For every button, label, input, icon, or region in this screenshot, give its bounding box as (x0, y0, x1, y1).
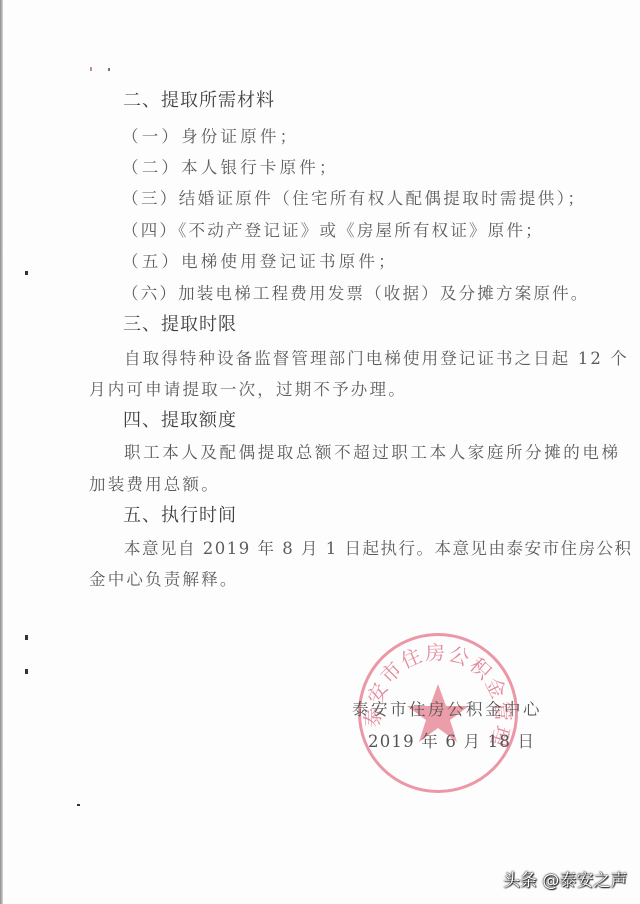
list-item: （五）电梯使用登记证书原件； (122, 252, 398, 272)
signature-date: 2019 年 6 月 18 日 (368, 728, 535, 752)
scan-speck (108, 68, 110, 71)
source-watermark: 头条 @泰安之声 (503, 866, 627, 891)
paragraph-line: 自取得特种设备监督管理部门电梯使用登记证书之日起 12 个 (124, 349, 629, 369)
list-item: （一）身份证原件； (122, 127, 299, 147)
list-item: （二）本人银行卡原件； (122, 158, 339, 178)
paragraph-line: 金中心负责解释。 (89, 570, 239, 590)
section-heading-amount: 四、提取额度 (123, 411, 237, 431)
scan-speck (90, 67, 92, 71)
scan-speck (77, 804, 80, 806)
list-item: （六）加装电梯工程费用发票（收据）及分摊方案原件。 (122, 284, 590, 304)
paragraph-line: 加装费用总额。 (89, 475, 220, 495)
scan-speck (25, 271, 28, 275)
section-heading-materials: 二、提取所需材料 (123, 91, 275, 111)
document-page: 二、提取所需材料 （一）身份证原件； （二）本人银行卡原件； （三）结婚证原件（… (0, 0, 640, 904)
list-item: （四）《不动产登记证》或《房屋所有权证》原件； (122, 221, 544, 241)
paragraph-line: 月内可申请提取一次，过期不予办理。 (89, 380, 407, 400)
scan-speck (25, 635, 28, 640)
section-heading-time-limit: 三、提取时限 (123, 315, 237, 335)
paragraph-line: 本意见自 2019 年 8 月 1 日起执行。本意见由泰安市住房公积 (124, 539, 632, 559)
signature-organization: 泰安市住房公积金中心 (352, 696, 542, 720)
paragraph-line: 职工本人及配偶提取总额不超过职工本人家庭所分摊的电梯 (124, 443, 621, 463)
section-heading-effective-date: 五、执行时间 (123, 506, 237, 526)
list-item: （三）结婚证原件（住宅所有权人配偶提取时需提供）； (122, 189, 586, 209)
scan-speck (25, 669, 28, 674)
scan-edge (0, 0, 3, 904)
